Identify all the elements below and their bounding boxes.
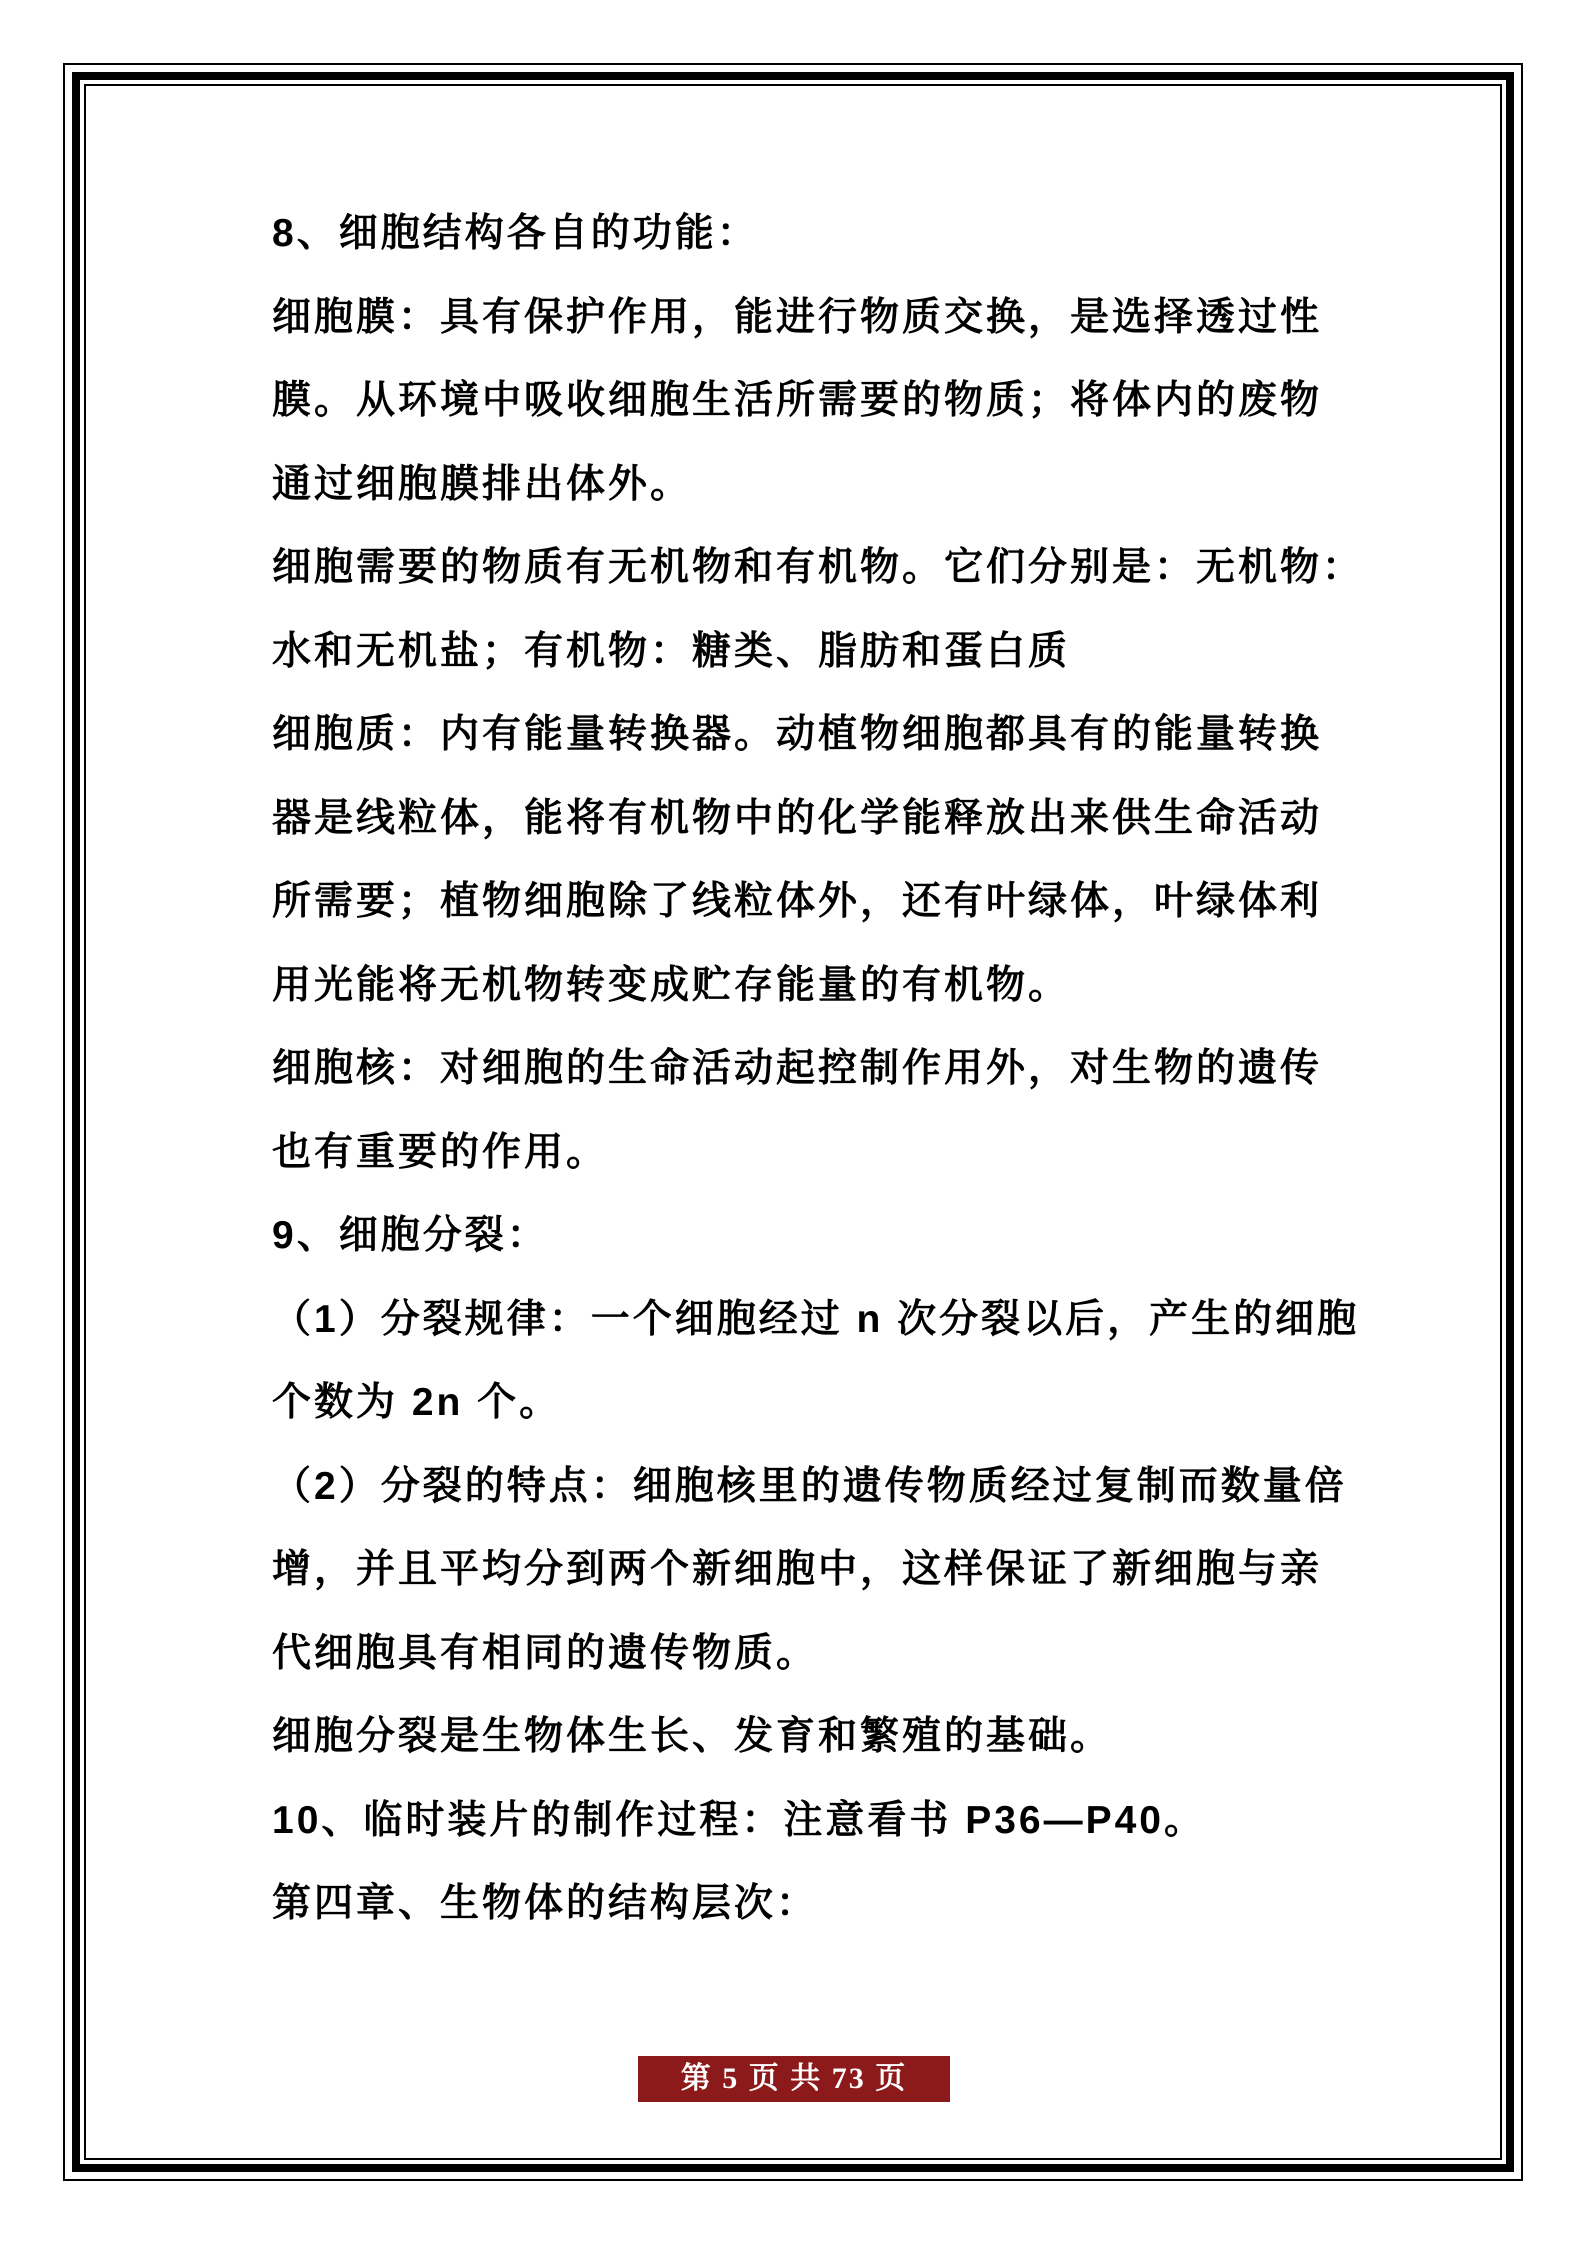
text-line: 细胞质：内有能量转换器。动植物细胞都具有的能量转换 [272,693,1362,777]
text-line: 器是线粒体，能将有机物中的化学能释放出来供生命活动 [272,777,1362,861]
text-line: 细胞需要的物质有无机物和有机物。它们分别是：无机物： [272,526,1362,610]
text-line: 8、细胞结构各自的功能： [272,192,1362,276]
text-line: 第四章、生物体的结构层次： [272,1862,1362,1946]
text-line: 通过细胞膜排出体外。 [272,443,1362,527]
text-line: 10、临时装片的制作过程：注意看书 P36—P40。 [272,1779,1362,1863]
text-line: 细胞分裂是生物体生长、发育和繁殖的基础。 [272,1695,1362,1779]
text-line: 用光能将无机物转变成贮存能量的有机物。 [272,944,1362,1028]
text-line: 细胞膜：具有保护作用，能进行物质交换，是选择透过性 [272,276,1362,360]
text-line: 9、细胞分裂： [272,1194,1362,1278]
text-line: 个数为 2n 个。 [272,1361,1362,1445]
text-line: 水和无机盐；有机物：糖类、脂肪和蛋白质 [272,610,1362,694]
text-line: （1）分裂规律：一个细胞经过 n 次分裂以后，产生的细胞 [272,1278,1362,1362]
text-line: 增，并且平均分到两个新细胞中，这样保证了新细胞与亲 [272,1528,1362,1612]
text-line: （2）分裂的特点：细胞核里的遗传物质经过复制而数量倍 [272,1445,1362,1529]
text-line: 膜。从环境中吸收细胞生活所需要的物质；将体内的废物 [272,359,1362,443]
text-line: 也有重要的作用。 [272,1111,1362,1195]
document-page: 8、细胞结构各自的功能：细胞膜：具有保护作用，能进行物质交换，是选择透过性膜。从… [0,0,1587,2245]
text-line: 代细胞具有相同的遗传物质。 [272,1612,1362,1696]
text-line: 所需要；植物细胞除了线粒体外，还有叶绿体，叶绿体利 [272,860,1362,944]
text-line: 细胞核：对细胞的生命活动起控制作用外，对生物的遗传 [272,1027,1362,1111]
document-text: 8、细胞结构各自的功能：细胞膜：具有保护作用，能进行物质交换，是选择透过性膜。从… [272,192,1362,1946]
page-number-badge: 第 5 页 共 73 页 [638,2056,950,2102]
